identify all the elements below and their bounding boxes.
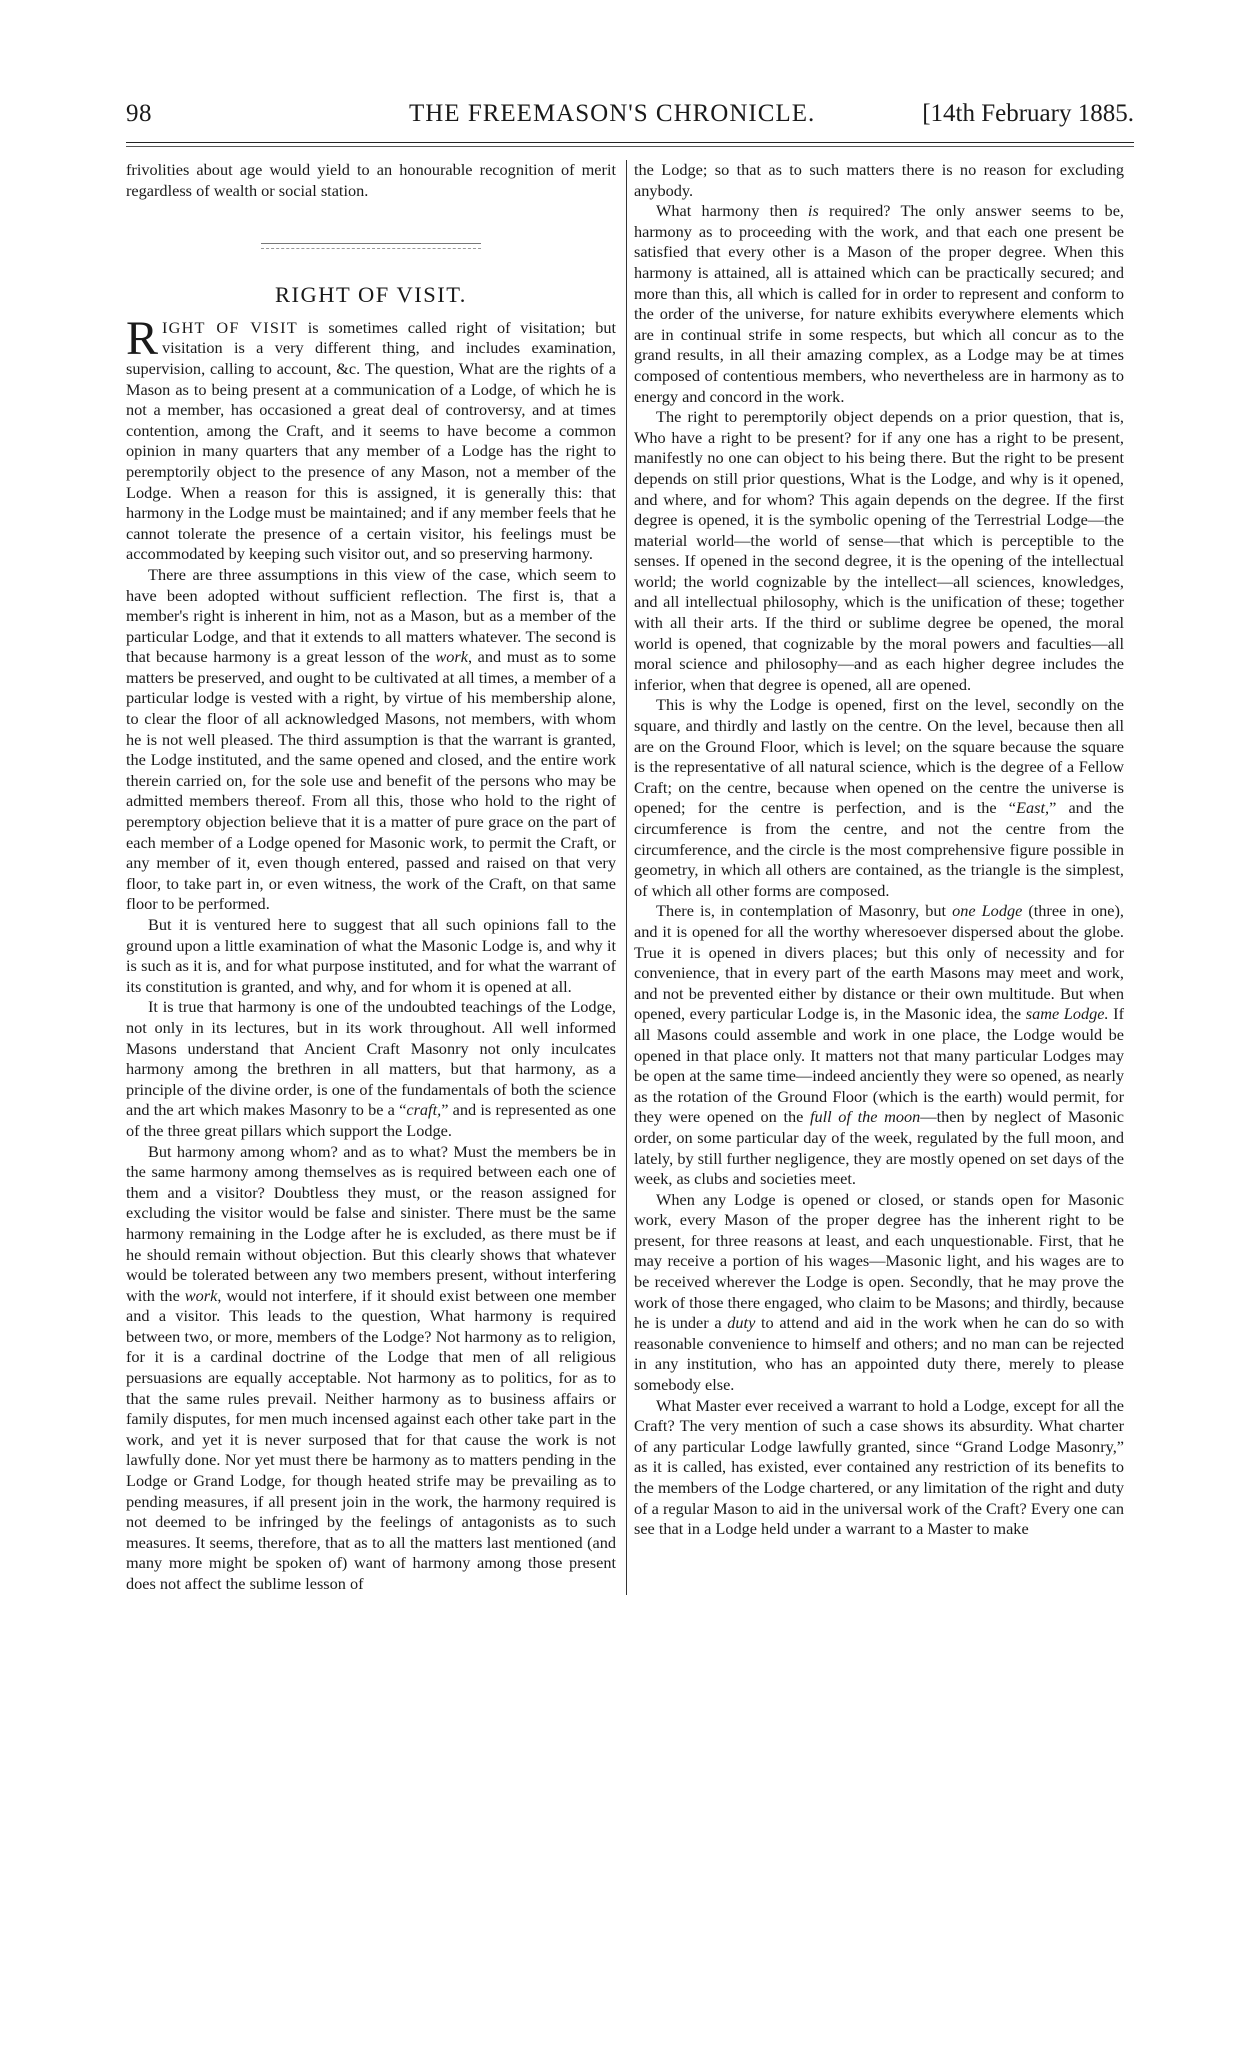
paragraph: This is why the Lodge is opened, first o… [634, 695, 1124, 901]
carryover-paragraph: the Lodge; so that as to such matters th… [634, 160, 1124, 201]
publication-title: THE FREEMASON'S CHRONICLE. [409, 100, 815, 128]
drop-cap: R [126, 320, 158, 358]
column-divider [626, 160, 627, 1595]
masthead-rule [126, 142, 1134, 147]
masthead: 98 THE FREEMASON'S CHRONICLE. [14th Febr… [126, 100, 1134, 136]
left-column: frivolities about age would yield to an … [126, 160, 624, 1595]
page-number: 98 [126, 100, 152, 128]
article-columns: frivolities about age would yield to an … [126, 160, 1134, 1595]
newspaper-page: 98 THE FREEMASON'S CHRONICLE. [14th Febr… [126, 100, 1134, 1595]
paragraph: The right to peremptorily object depends… [634, 407, 1124, 695]
paragraph: What harmony then is required? The only … [634, 201, 1124, 407]
paragraph: There are three assumptions in this view… [126, 565, 616, 915]
opening-caps: IGHT OF VISIT [162, 318, 298, 337]
paragraph: But harmony among whom? and as to what? … [126, 1142, 616, 1595]
section-separator [261, 243, 481, 249]
article-title: RIGHT OF VISIT. [126, 285, 616, 306]
paragraph: What Master ever received a warrant to h… [634, 1396, 1124, 1540]
issue-date: [14th February 1885. [922, 100, 1134, 128]
paragraph: When any Lodge is opened or closed, or s… [634, 1190, 1124, 1396]
paragraph: It is true that harmony is one of the un… [126, 997, 616, 1141]
paragraph: RIGHT OF VISIT is sometimes called right… [126, 318, 616, 565]
paragraph: There is, in contemplation of Masonry, b… [634, 901, 1124, 1189]
right-column: the Lodge; so that as to such matters th… [634, 160, 1124, 1595]
paragraph: But it is ventured here to suggest that … [126, 915, 616, 997]
carryover-paragraph: frivolities about age would yield to an … [126, 160, 616, 201]
